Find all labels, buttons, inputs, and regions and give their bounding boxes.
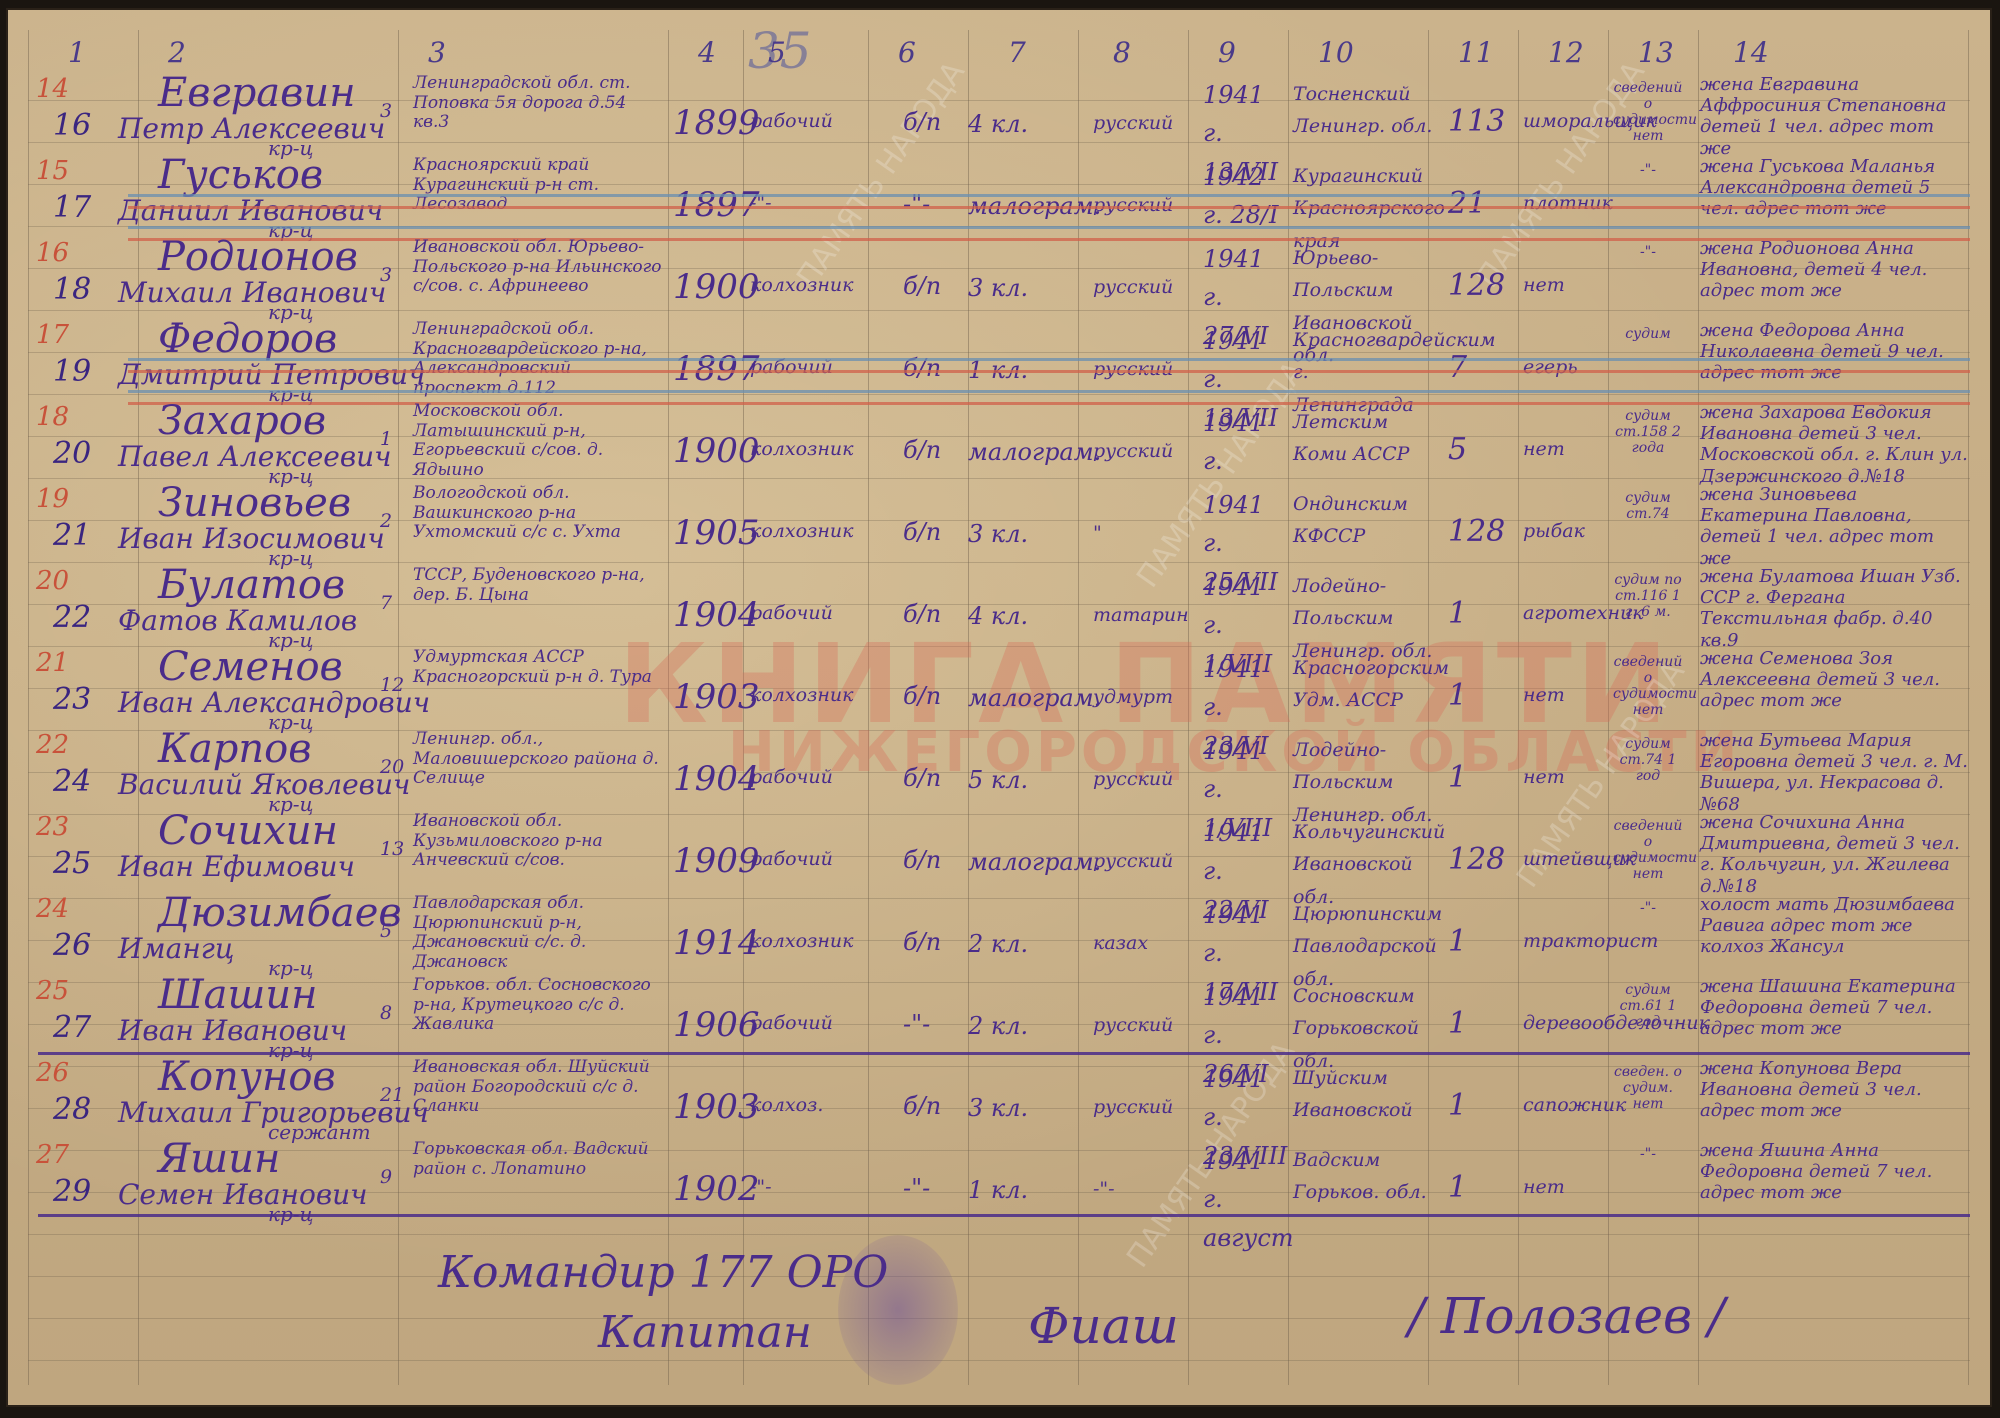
place: Красногорским Удм. АССР <box>1293 652 1433 717</box>
birth-year: 1899 <box>673 106 760 142</box>
unit-number: 21 <box>1448 188 1486 220</box>
strike-line <box>128 390 1970 393</box>
social-status: колхозник <box>750 932 854 952</box>
place: Летским Коми АССР <box>1293 406 1433 471</box>
nationality: русский <box>1093 278 1173 298</box>
social-status: рабочий <box>750 112 833 132</box>
strike-line <box>128 226 1970 229</box>
rule-line <box>38 1214 1970 1217</box>
row-number: 21 <box>53 520 91 552</box>
strike-line <box>128 370 1970 373</box>
roster-page: КНИГА ПАМЯТИ НИЖЕГОРОДСКОЙ ОБЛАСТИ ПАМЯТ… <box>8 10 1990 1405</box>
code: 21 <box>380 1086 404 1106</box>
address: Горьковская обл. Вадский район с. Лопати… <box>413 1140 663 1179</box>
column-number: 10 <box>1318 38 1354 67</box>
nationality: татарин <box>1093 606 1189 626</box>
surname: Семенов <box>158 646 343 688</box>
row-number: 20 <box>53 438 91 470</box>
occupation: нет <box>1523 276 1565 296</box>
column-number: 6 <box>898 38 916 67</box>
row-number: 25 <box>53 848 91 880</box>
education: малограм. <box>968 850 1101 875</box>
rank: сержант <box>268 1122 371 1143</box>
nationality: русский <box>1093 114 1173 134</box>
unit-number: 1 <box>1448 1008 1467 1040</box>
party: б/п <box>903 766 941 791</box>
birth-year: 1904 <box>673 598 760 634</box>
rule-line <box>38 1052 1970 1055</box>
code: 20 <box>380 758 404 778</box>
red-row-number: 14 <box>36 76 69 103</box>
social-status: рабочий <box>750 1014 833 1034</box>
birth-year: 1906 <box>673 1008 760 1044</box>
surname: Шашин <box>158 974 318 1016</box>
unit-number: 128 <box>1448 516 1505 548</box>
address: Ленинградской обл. ст. Поповка 5я дорога… <box>413 74 663 133</box>
conviction-note: -"- <box>1613 162 1683 178</box>
social-status: колхозник <box>750 440 854 460</box>
birth-year: 1909 <box>673 844 760 880</box>
social-status: -"- <box>750 1178 772 1198</box>
education: 4 кл. <box>968 604 1028 629</box>
unit-number: 1 <box>1448 1090 1467 1122</box>
party: б/п <box>903 848 941 873</box>
grid-line <box>28 1234 1970 1235</box>
red-row-number: 27 <box>36 1142 69 1169</box>
strike-line <box>128 194 1970 197</box>
birth-year: 1900 <box>673 270 760 306</box>
unit-number: 128 <box>1448 844 1505 876</box>
grid-line <box>28 478 1970 479</box>
education: 3 кл. <box>968 1096 1028 1121</box>
nationality: русский <box>1093 770 1173 790</box>
occupation: нет <box>1523 1178 1565 1198</box>
code: 8 <box>380 1004 392 1024</box>
code: 5 <box>380 922 392 942</box>
unit-number: 113 <box>1448 106 1505 138</box>
column-number: 8 <box>1113 38 1131 67</box>
education: 3 кл. <box>968 522 1028 547</box>
red-row-number: 23 <box>36 814 69 841</box>
nationality: -"- <box>1093 1180 1115 1200</box>
column-number: 1 <box>68 38 86 67</box>
education: малограм. <box>968 440 1101 465</box>
row-number: 28 <box>53 1094 91 1126</box>
row-number: 27 <box>53 1012 91 1044</box>
strike-line <box>128 402 1970 405</box>
unit-number: 128 <box>1448 270 1505 302</box>
education: 5 кл. <box>968 768 1028 793</box>
conviction-note: сведений о судимости нет <box>1613 80 1683 144</box>
unit-number: 1 <box>1448 926 1467 958</box>
place: Шуйским Ивановской <box>1293 1062 1433 1127</box>
place: Ондинским КФССР <box>1293 488 1433 553</box>
nationality: " <box>1093 524 1102 544</box>
conviction-note: -"- <box>1613 244 1683 260</box>
social-status: колхозник <box>750 686 854 706</box>
unit-number: 1 <box>1448 762 1467 794</box>
family-info: жена Яшина Анна Федоровна детей 7 чел. а… <box>1700 1140 1970 1204</box>
red-row-number: 24 <box>36 896 69 923</box>
surname: Яшин <box>158 1138 280 1180</box>
given-name: Даниил Иванович <box>118 196 383 225</box>
grid-line <box>28 394 1970 395</box>
red-row-number: 21 <box>36 650 69 677</box>
family-info: жена Федорова Анна Николаевна детей 9 че… <box>1700 320 1970 384</box>
given-name: Семен Иванович <box>118 1180 368 1209</box>
footer-rank: Капитан <box>598 1310 812 1356</box>
address: Удмуртская АССР Красногорский р-н д. Тур… <box>413 648 663 687</box>
conviction-note: судим по ст.116 1 г. 6 м. <box>1613 572 1683 620</box>
column-number: 13 <box>1638 38 1674 67</box>
row-number: 19 <box>53 356 91 388</box>
strike-line <box>128 238 1970 241</box>
address: Павлодарская обл. Цюрюпинский р-н, Джано… <box>413 894 663 972</box>
signature: Фиаш <box>1028 1300 1179 1353</box>
grid-line <box>28 30 29 1385</box>
column-number: 7 <box>1008 38 1026 67</box>
unit-number: 7 <box>1448 352 1467 384</box>
code: 12 <box>380 676 404 696</box>
address: ТССР, Буденовского р-на, дер. Б. Цына <box>413 566 663 605</box>
party: б/п <box>903 520 941 545</box>
family-info: жена Гуськова Маланья Александровна дете… <box>1700 156 1970 220</box>
family-info: жена Захарова Евдокия Ивановна детей 3 ч… <box>1700 402 1970 487</box>
column-number: 4 <box>698 38 716 67</box>
grid-line <box>1698 30 1699 1385</box>
row-number: 24 <box>53 766 91 798</box>
row-number: 16 <box>53 110 91 142</box>
unit-number: 1 <box>1448 680 1467 712</box>
surname: Гуськов <box>158 154 323 196</box>
conviction-note: судим ст.158 2 года <box>1613 408 1683 456</box>
family-info: жена Копунова Вера Ивановна детей 3 чел.… <box>1700 1058 1970 1122</box>
family-info: жена Семенова Зоя Алексеевна детей 3 чел… <box>1700 648 1970 712</box>
family-info: холост мать Дюзимбаева Равига адрес тот … <box>1700 894 1970 958</box>
party: б/п <box>903 1094 941 1119</box>
row-number: 26 <box>53 930 91 962</box>
surname: Булатов <box>158 564 345 606</box>
red-row-number: 16 <box>36 240 69 267</box>
place: Тосненский Ленингр. обл. <box>1293 78 1433 143</box>
party: б/п <box>903 438 941 463</box>
row-number: 23 <box>53 684 91 716</box>
code: 3 <box>380 102 392 122</box>
place: Вадским Горьков. обл. <box>1293 1144 1433 1209</box>
unit-number: 1 <box>1448 1172 1467 1204</box>
address: Ивановская обл. Шуйский район Богородски… <box>413 1058 663 1117</box>
party: б/п <box>903 602 941 627</box>
family-info: жена Булатова Ишан Узб. ССР г. Фергана Т… <box>1700 566 1970 651</box>
party: б/п <box>903 110 941 135</box>
surname: Копунов <box>158 1056 336 1098</box>
grid-line <box>28 1276 1970 1277</box>
surname: Федоров <box>158 318 337 360</box>
surname: Родионов <box>158 236 358 278</box>
row-number: 18 <box>53 274 91 306</box>
given-name: Имангц <box>118 934 234 963</box>
code: 9 <box>380 1168 392 1188</box>
family-info: жена Евгравина Аффросиния Степановна дет… <box>1700 74 1970 159</box>
party: б/п <box>903 684 941 709</box>
date: 1941 г. <box>1203 404 1288 481</box>
birth-year: 1900 <box>673 434 760 470</box>
nationality: казах <box>1093 934 1148 954</box>
unit-number: 5 <box>1448 434 1467 466</box>
given-name: Павел Алексеевич <box>118 442 392 471</box>
education: 2 кл. <box>968 932 1028 957</box>
address: Ивановской обл. Кузьмиловского р-на Анче… <box>413 812 663 871</box>
column-number: 2 <box>168 38 186 67</box>
strike-line <box>128 358 1970 361</box>
party: б/п <box>903 930 941 955</box>
social-status: рабочий <box>750 604 833 624</box>
family-info: жена Родионова Анна Ивановна, детей 4 че… <box>1700 238 1970 302</box>
family-info: жена Бутьева Мария Егоровна детей 3 чел.… <box>1700 730 1970 815</box>
conviction-note: сведен. о судим. нет <box>1613 1064 1683 1112</box>
watermark-diagonal: ПАМЯТЬ НАРОДА <box>793 57 971 293</box>
date: 1941 г. август <box>1203 1142 1288 1257</box>
nationality: русский <box>1093 852 1173 872</box>
given-name: Петр Алексеевич <box>118 114 385 143</box>
given-name: Василий Яковлевич <box>118 770 410 799</box>
red-row-number: 26 <box>36 1060 69 1087</box>
address: Ленингр. обл., Маловишерского района д. … <box>413 730 663 789</box>
education: 1 кл. <box>968 1178 1028 1203</box>
given-name: Фатов Камилов <box>118 606 357 635</box>
red-row-number: 25 <box>36 978 69 1005</box>
occupation: рыбак <box>1523 522 1585 542</box>
social-status: колхозник <box>750 522 854 542</box>
conviction-note: судим <box>1613 326 1683 342</box>
family-info: жена Зиновьева Екатерина Павловна, детей… <box>1700 484 1970 569</box>
party: -"- <box>903 1012 930 1037</box>
given-name: Иван Изосимович <box>118 524 385 553</box>
row-number: 17 <box>53 192 91 224</box>
occupation: нет <box>1523 768 1565 788</box>
social-status: рабочий <box>750 850 833 870</box>
code: 13 <box>380 840 404 860</box>
conviction-note: -"- <box>1613 900 1683 916</box>
nationality: русский <box>1093 442 1173 462</box>
occupation: нет <box>1523 686 1565 706</box>
column-number: 11 <box>1458 38 1494 67</box>
row-number: 22 <box>53 602 91 634</box>
occupation: тракторист <box>1523 932 1658 952</box>
surname: Сочихин <box>158 810 338 852</box>
grid-line <box>28 1360 1970 1361</box>
birth-year: 1902 <box>673 1172 760 1208</box>
party: -"- <box>903 1176 930 1201</box>
column-number: 14 <box>1733 38 1769 67</box>
given-name: Иван Ефимович <box>118 852 355 881</box>
birth-year: 1903 <box>673 1090 760 1126</box>
social-status: рабочий <box>750 768 833 788</box>
surname: Карпов <box>158 728 312 770</box>
conviction-note: -"- <box>1613 1146 1683 1162</box>
code: 1 <box>380 430 392 450</box>
code: 3 <box>380 266 392 286</box>
education: 2 кл. <box>968 1014 1028 1039</box>
red-row-number: 15 <box>36 158 69 185</box>
birth-year: 1904 <box>673 762 760 798</box>
red-row-number: 17 <box>36 322 69 349</box>
red-row-number: 20 <box>36 568 69 595</box>
family-info: жена Шашина Екатерина Федоровна детей 7 … <box>1700 976 1970 1040</box>
address: Вологодской обл. Вашкинского р-на Ухтомс… <box>413 484 663 543</box>
surname: Евгравин <box>158 72 356 114</box>
grid-line <box>28 310 1970 311</box>
given-name: Михаил Иванович <box>118 278 386 307</box>
address: Ивановской обл. Юрьево-Польского р-на Ил… <box>413 238 663 297</box>
education: 4 кл. <box>968 112 1028 137</box>
social-status: колхозник <box>750 276 854 296</box>
address: Горьков. обл. Сосновского р-на, Крутецко… <box>413 976 663 1035</box>
birth-year: 1914 <box>673 926 760 962</box>
social-status: колхоз. <box>750 1096 823 1116</box>
birth-year: 1903 <box>673 680 760 716</box>
footer-name: / Полозаев / <box>1408 1290 1725 1343</box>
row-number: 29 <box>53 1176 91 1208</box>
nationality: удмурт <box>1093 688 1173 708</box>
surname: Дюзимбаев <box>158 892 402 934</box>
red-row-number: 18 <box>36 404 69 431</box>
surname: Зиновьев <box>158 482 351 524</box>
address: Московской обл. Латышинский р-н, Егорьев… <box>413 402 663 480</box>
column-number: 12 <box>1548 38 1584 67</box>
family-info: жена Сочихина Анна Дмитриевна, детей 3 ч… <box>1700 812 1970 897</box>
red-row-number: 22 <box>36 732 69 759</box>
conviction-note: судим ст.74 1 год <box>1613 736 1683 784</box>
occupation: нет <box>1523 440 1565 460</box>
footer-commander: Командир 177 ОРО <box>438 1250 888 1296</box>
nationality: русский <box>1093 1016 1173 1036</box>
surname: Захаров <box>158 400 326 442</box>
occupation: сапожник <box>1523 1096 1626 1116</box>
column-number: 9 <box>1218 38 1236 67</box>
conviction-note: судим ст.74 <box>1613 490 1683 522</box>
education: 3 кл. <box>968 276 1028 301</box>
code: 2 <box>380 512 392 532</box>
education: малограм. <box>968 686 1101 711</box>
conviction-note: сведений о судимости нет <box>1613 654 1683 718</box>
column-number: 3 <box>428 38 446 67</box>
birth-year: 1905 <box>673 516 760 552</box>
red-row-number: 19 <box>36 486 69 513</box>
code: 7 <box>380 594 392 614</box>
party: б/п <box>903 274 941 299</box>
unit-number: 1 <box>1448 598 1467 630</box>
conviction-note: судим ст.61 1 год <box>1613 982 1683 1030</box>
nationality: русский <box>1093 1098 1173 1118</box>
strike-line <box>128 206 1970 209</box>
column-number: 5 <box>768 38 786 67</box>
conviction-note: сведений о судимости нет <box>1613 818 1683 882</box>
